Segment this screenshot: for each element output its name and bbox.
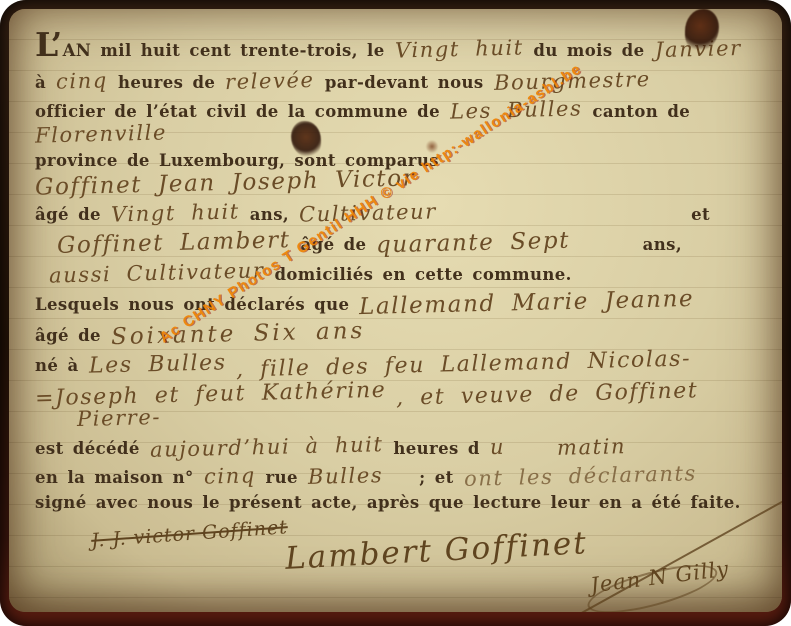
printed-text: heures de [118,73,215,92]
printed-text: ans, [643,235,682,254]
handwritten-text: Les Bulles [88,350,226,378]
handwritten-text: Pierre- [77,405,162,431]
document-line: aussi Cultivateurdomiciliés en cette com… [35,261,768,285]
handwritten-text: ont les déclarants [463,461,696,491]
handwritten-text: Janvier [654,36,741,62]
document-line: en la maison n°cinqrueBulles; etont les … [35,464,768,488]
handwritten-text: Les Bulles [450,96,583,123]
document-body: L’AN mil huit cent trente-trois, leVingt… [35,25,768,512]
printed-text: est décédé [35,439,140,458]
handwritten-text: Florenville [35,120,168,147]
printed-text: du mois de [533,41,644,60]
document-line: âgé deVingt huitans,Cultivateuret [35,201,768,225]
printed-text: âgé de [35,205,101,224]
handwritten-text: u [489,435,505,459]
printed-text: signé avec nous le présent acte, après q… [35,493,741,512]
handwritten-text: , fille des feu Lallemand Nicolas- [236,346,692,382]
signature-declarant-1: J. J. victor Goffinet [90,516,288,552]
printed-text: âgé de [35,326,101,345]
handwritten-text: Soixante Six ans [111,318,366,350]
printed-text: ans, [250,205,289,224]
document-photo: L’AN mil huit cent trente-trois, leVingt… [0,0,791,626]
document-paper: L’AN mil huit cent trente-trois, leVingt… [9,9,782,612]
signature-block: J. J. victor Goffinet Lambert Goffinet J… [35,517,768,612]
handwritten-text: Lallemand Marie Jeanne [359,286,695,320]
printed-text: né à [35,356,79,375]
handwritten-text: quarante Sept [376,228,571,259]
document-line: province de Luxembourg, sont comparusGof… [35,151,768,196]
printed-text: domiciliés en cette commune. [274,265,571,284]
document-line: est décédéaujourd’hui à huitheures dumat… [35,435,768,459]
handwritten-text: Bourgmestre [493,67,650,95]
handwritten-text: Cultivateur [299,199,437,226]
printed-text: Lesquels nous ont déclarés que [35,295,349,314]
printed-text: rue [266,468,298,487]
handwritten-text: Goffinet Jean Joseph Victor [35,165,416,200]
handwritten-text: cinq [56,68,108,93]
printed-text: heures d [393,439,479,458]
handwritten-text: Vingt huit [394,35,523,62]
document-line: âgé deSoixante Six ans [35,321,768,347]
handwritten-text: Vingt huit [111,199,240,226]
document-line: officier de l’état civil de la commune d… [35,98,768,146]
handwritten-text: matin [557,434,627,460]
document-line: né àLes Bulles, fille des feu Lallemand … [35,352,768,377]
signature-declarant-2: Lambert Goffinet [284,525,588,577]
document-line: signé avec nous le présent acte, après q… [35,493,768,512]
printed-text: et [691,205,710,224]
printed-text: ; et [419,468,454,487]
document-line: =Joseph et feut Kathérine, et veuve de G… [35,382,768,407]
document-line: Lesquels nous ont déclarés queLallemand … [35,290,768,316]
printed-text: en la maison n° [35,468,194,487]
printed-text: âgé de [301,235,367,254]
handwritten-text: relevée [225,68,315,94]
signature-officer: Jean N Gilly [589,557,730,598]
printed-text: par-devant nous [325,73,484,92]
handwritten-text: cinq [203,463,255,488]
document-line: Goffinet Lambertâgé dequarante Septans, [35,230,768,256]
document-line: L’AN mil huit cent trente-trois, leVingt… [35,25,768,64]
printed-text: officier de l’état civil de la commune d… [35,102,440,121]
handwritten-text: aussi Cultivateur [49,258,265,287]
printed-text: canton de [592,102,690,121]
handwritten-text: Goffinet Lambert [57,227,291,259]
document-line: Pierre- [35,406,768,430]
handwritten-text: aujourd’hui à huit [150,432,384,462]
printed-text: L’AN mil huit cent trente-trois, le [35,25,385,64]
printed-text: à [35,73,46,92]
document-line: àcinqheures derelevéepar-devant nousBour… [35,69,768,93]
handwritten-text: Bulles [308,463,384,489]
